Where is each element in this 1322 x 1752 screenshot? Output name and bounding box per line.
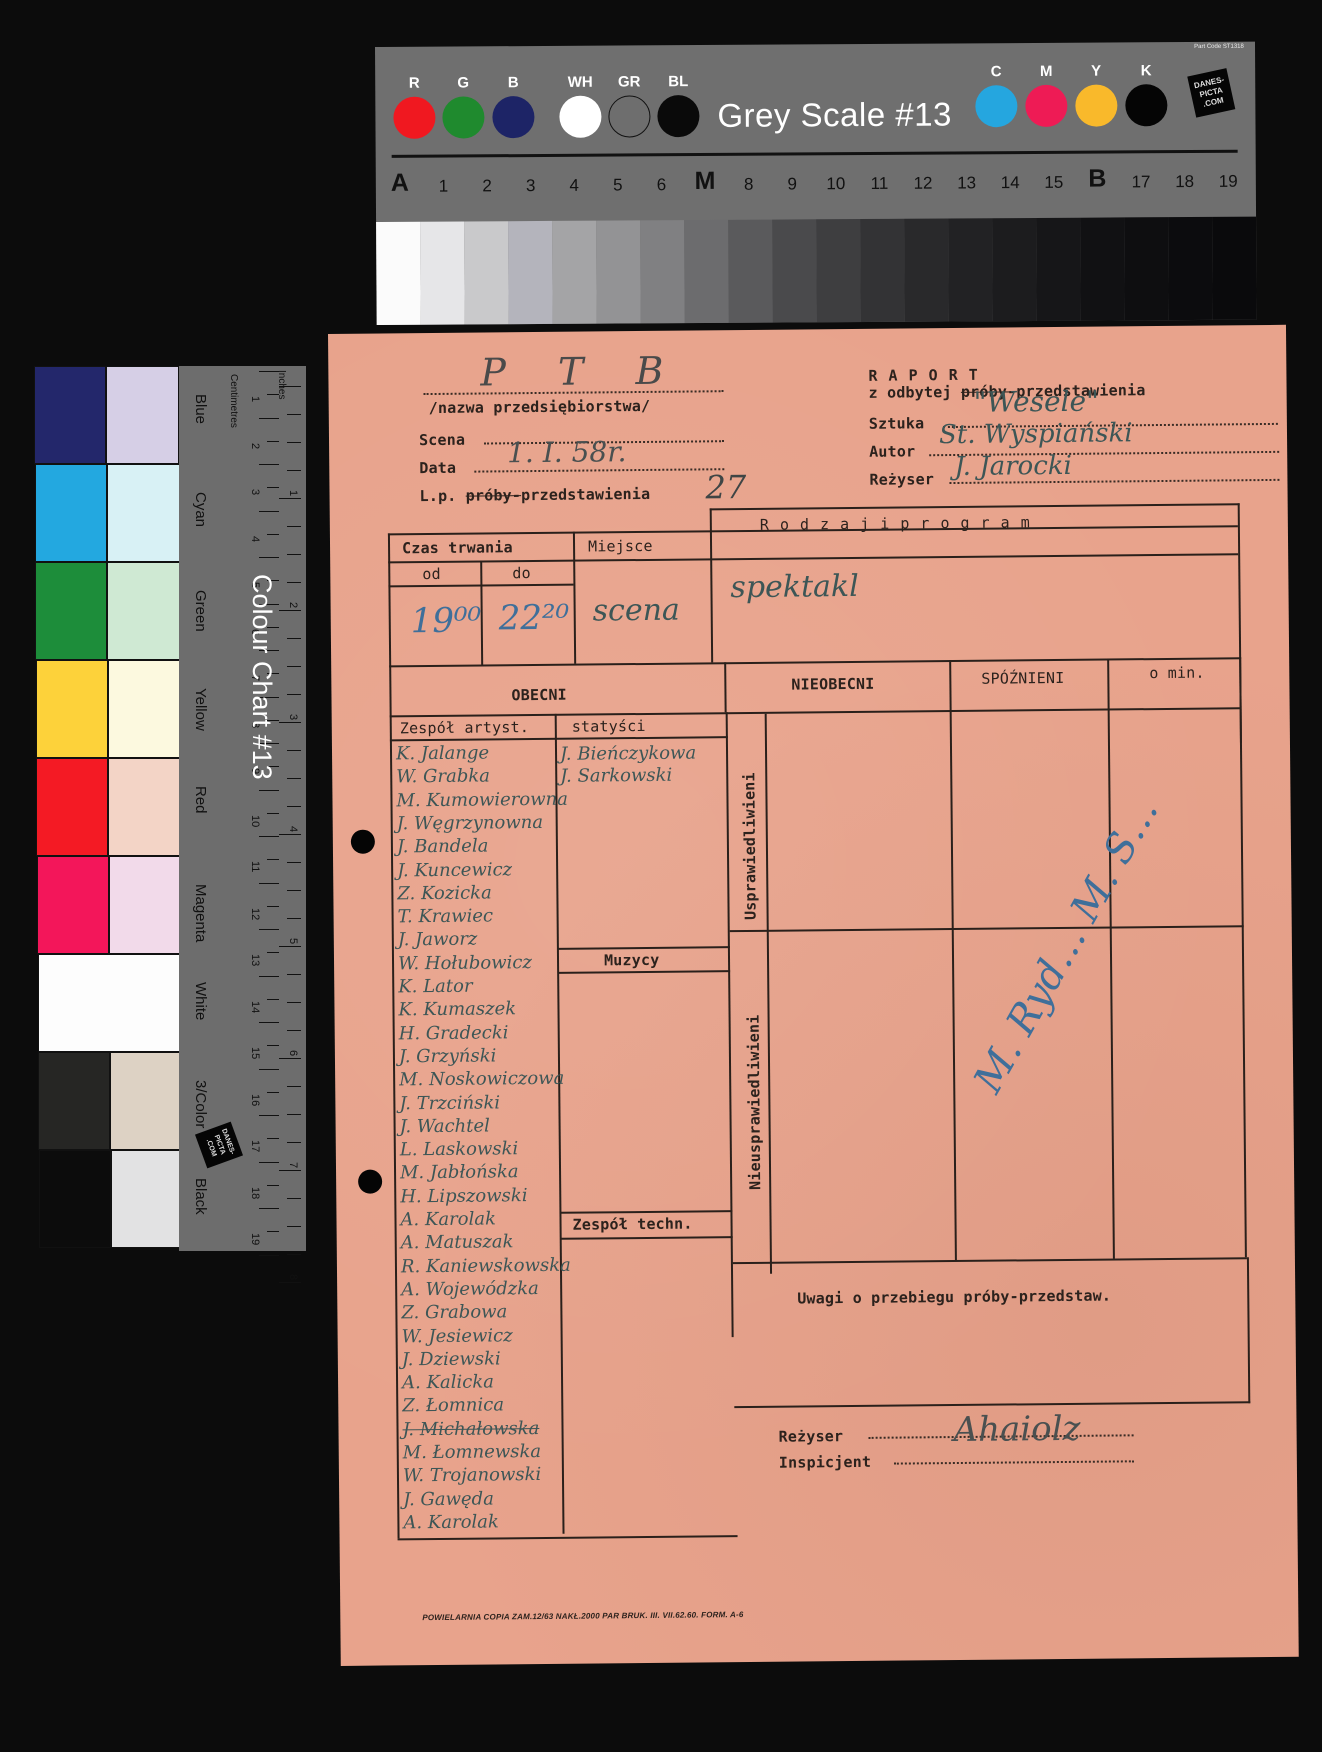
grey-scale-dots: RGBWHGRBLCMYK <box>375 42 1255 47</box>
spoznieni-handwritten: M. Ryd… M. S… <box>965 790 1168 1100</box>
artist-name: A. Karolak <box>403 1511 499 1531</box>
rodzaj-program-label: R o d z a j i p r o g r a m <box>760 513 1031 534</box>
table-border <box>398 1535 738 1540</box>
swatch-black-dark <box>39 1150 111 1248</box>
ruler-tick <box>287 1114 301 1115</box>
scale-label: 6 <box>641 175 681 195</box>
scale-label: 12 <box>903 174 943 194</box>
artist-name: M. Jabłońska <box>400 1162 519 1182</box>
obecni-label: OBECNI <box>511 686 567 705</box>
swatch-3-color-dark <box>38 1052 110 1150</box>
nieobecni-label: NIEOBECNI <box>791 675 874 694</box>
ruler-tick <box>287 526 301 527</box>
ruler-tick <box>267 952 279 953</box>
grey-scale-title: Grey Scale #13 <box>717 95 952 134</box>
dotted-line <box>894 1460 1134 1464</box>
artist-name: K. Jalange <box>396 742 489 762</box>
ruler-tick <box>287 750 301 751</box>
table-border <box>734 1401 1250 1408</box>
dot-label: M <box>1026 63 1066 80</box>
scale-label: 4 <box>554 176 594 196</box>
cm-tick-label: 10 <box>249 815 261 827</box>
artist-name: W. Jesiewicz <box>402 1325 513 1345</box>
divider <box>392 150 1238 158</box>
sztuka-label: Sztuka <box>869 414 925 433</box>
ruler-cm-label: Centimetres <box>228 374 239 428</box>
grey-patch <box>948 218 993 321</box>
ruler-tick <box>259 418 279 419</box>
color-dot-y <box>1075 84 1117 126</box>
artist-name: A. Kalicka <box>402 1372 494 1392</box>
scale-label: 8 <box>729 175 769 195</box>
grey-patch <box>508 221 553 324</box>
dot-label: WH <box>560 74 600 91</box>
ruler-tick <box>267 999 279 1000</box>
ruler-tick <box>287 862 301 863</box>
table-border <box>710 503 1240 510</box>
lp-label-struck: próby- <box>466 486 522 505</box>
ruler-tick <box>259 836 279 837</box>
colour-label: Red <box>192 786 209 814</box>
grey-patch <box>1036 218 1081 321</box>
swatch-3-color-light <box>110 1052 183 1150</box>
punch-hole <box>351 830 375 854</box>
ruler-tick <box>267 859 279 860</box>
color-dot-gr <box>608 95 650 137</box>
inch-tick-label: 8 <box>287 1274 299 1280</box>
ruler-tick <box>259 883 279 884</box>
cm-tick-label: 14 <box>249 1001 261 1013</box>
swatch-green-light <box>107 562 180 660</box>
inspicjent-label: Inspicjent <box>779 1453 871 1472</box>
table-border <box>558 970 730 974</box>
grey-patch <box>596 220 641 323</box>
ruler-tick <box>259 464 279 465</box>
grey-patch <box>1124 217 1169 320</box>
artists-list: K. JalangeW. GrabkaM. KumowierownaJ. Węg… <box>396 742 576 744</box>
grey-patch <box>684 220 729 323</box>
zespol-techn-label: Zespół techn. <box>572 1215 692 1234</box>
colour-chart: Inches Centimetres 123456789101112131415… <box>34 366 306 1251</box>
scale-label: 17 <box>1121 172 1161 192</box>
ruler-tick <box>267 487 279 488</box>
swatch-red-dark <box>36 758 108 856</box>
statysci-label: statyści <box>572 717 646 736</box>
ruler-tick <box>287 1142 301 1143</box>
colour-label: Cyan <box>192 492 209 527</box>
swatch-blue-dark <box>34 366 106 464</box>
ruler-tick <box>279 610 301 611</box>
inch-tick-label: 3 <box>287 714 299 720</box>
ruler-tick <box>279 386 301 387</box>
grey-patch <box>1080 217 1125 320</box>
inch-tick-label: 2 <box>287 602 299 608</box>
scale-label: 19 <box>1208 172 1248 192</box>
company-label: /nazwa przedsiębiorstwa/ <box>429 397 651 417</box>
company-name-handwritten: P T B <box>480 349 683 395</box>
ruler-tick <box>259 371 279 372</box>
colour-label: Blue <box>192 394 209 424</box>
artist-name: J. Wachtel <box>400 1115 490 1135</box>
ruler-tick <box>287 666 301 667</box>
ruler-tick <box>279 498 301 499</box>
director-signature: Ahaiolz <box>953 1409 1080 1450</box>
artist-name: H. Lipszowski <box>400 1185 527 1205</box>
scale-label: 9 <box>772 174 812 194</box>
table-border <box>1247 1257 1250 1403</box>
ruler-tick <box>287 1002 301 1003</box>
extras-list: J. BieńczykowaJ. Sarkowski <box>560 742 740 744</box>
ruler-tick <box>279 834 301 835</box>
table-border <box>388 553 1238 563</box>
ruler-tick <box>267 1045 279 1046</box>
swatch-red-light <box>108 758 181 856</box>
ruler-tick <box>267 394 279 395</box>
scale-label: 2 <box>467 176 507 196</box>
ruler-tick <box>259 1115 279 1116</box>
ruler-tick <box>287 1086 301 1087</box>
uwagi-label: Uwagi o przebiegu próby-przedstaw. <box>797 1287 1111 1308</box>
table-border <box>390 736 728 741</box>
swatch-cyan-light <box>107 464 180 562</box>
dot-label: R <box>394 75 434 92</box>
table-border <box>726 712 734 1337</box>
colour-label: White <box>192 982 209 1020</box>
artist-name: Z. Kozicka <box>397 882 492 902</box>
table-border <box>390 707 1240 717</box>
swatch-yellow-dark <box>36 660 108 758</box>
cm-tick-label: 13 <box>249 954 261 966</box>
ruler-tick <box>279 722 301 723</box>
table-border <box>560 1210 732 1214</box>
grey-patch <box>904 219 949 322</box>
ruler-tick <box>279 1058 301 1059</box>
table-border <box>733 1257 1247 1264</box>
ruler-tick <box>287 414 301 415</box>
ruler-tick <box>287 1198 301 1199</box>
ruler-tick <box>287 694 301 695</box>
ruler-tick <box>287 974 301 975</box>
lp-label: L.p. próby-przedstawienia <box>419 485 650 505</box>
zespol-artyst-label: Zespół artyst. <box>400 718 529 737</box>
artist-name: J. Dziewski <box>402 1348 501 1368</box>
artist-name: Z. Grabowa <box>401 1302 507 1322</box>
ruler-tick <box>287 554 301 555</box>
ruler-tick <box>267 906 279 907</box>
table-border <box>561 1236 733 1240</box>
rezyser-label: Reżyser <box>869 470 934 489</box>
scale-label: A <box>380 169 420 198</box>
part-code: Part Code ST1318 <box>1191 44 1247 51</box>
ruler-tick <box>267 813 279 814</box>
inch-tick-label: 4 <box>287 826 299 832</box>
color-dot-k <box>1125 84 1167 126</box>
czas-trwania-label: Czas trwania <box>402 538 513 557</box>
dot-label: BL <box>658 73 698 90</box>
autor-value: St. Wyspiański <box>939 418 1133 450</box>
scale-label: 18 <box>1165 172 1205 192</box>
artist-name: T. Krawiec <box>397 906 493 926</box>
ruler-tick <box>287 470 301 471</box>
cm-tick-label: 1 <box>249 396 261 402</box>
artist-name: J. Grzyński <box>399 1045 497 1065</box>
ruler-tick <box>287 442 301 443</box>
dot-label: B <box>493 74 533 91</box>
ruler-tick <box>287 890 301 891</box>
artist-name: W. Hołubowicz <box>398 952 532 972</box>
rehearsal-report-form: P T B /nazwa przedsiębiorstwa/ Scena Dat… <box>328 325 1299 1666</box>
scale-label: 15 <box>1034 173 1074 193</box>
ruler-tick <box>259 976 279 977</box>
grey-scale-card: RGBWHGRBLCMYK Grey Scale #13 Part Code S… <box>375 42 1257 325</box>
cm-tick-label: 2 <box>249 443 261 449</box>
cm-tick-label: 11 <box>249 861 261 872</box>
scale-label: 13 <box>947 173 987 193</box>
colour-label: 3/Color <box>192 1080 209 1128</box>
ruler-tick <box>267 1185 279 1186</box>
artist-name: W. Trojanowski <box>403 1464 541 1484</box>
table-border <box>573 532 576 664</box>
color-dot-g <box>442 96 484 138</box>
cm-tick-label: 19 <box>249 1233 261 1245</box>
color-dot-m <box>1025 85 1067 127</box>
usprawiedliwieni-label: Usprawiedliwieni <box>740 772 759 920</box>
scale-label: 10 <box>816 174 856 194</box>
ruler-tick <box>287 806 301 807</box>
color-dot-wh <box>559 96 601 138</box>
artist-name: J. Jaworz <box>398 929 478 949</box>
ruler-tick <box>259 1208 279 1209</box>
swatch-green-dark <box>35 562 107 660</box>
artist-name: K. Lator <box>398 976 472 996</box>
dot-label: K <box>1126 62 1166 79</box>
color-dot-c <box>975 85 1017 127</box>
swatch-blue-light <box>106 366 179 464</box>
inch-tick-label: 1 <box>287 490 299 496</box>
do-label: do <box>512 564 531 582</box>
artist-name: M. Kumowierowna <box>396 788 568 809</box>
muzycy-label: Muzycy <box>604 951 660 970</box>
artist-name: J. Gawęda <box>403 1488 494 1508</box>
data-label: Data <box>419 459 456 477</box>
scale-label: 5 <box>598 175 638 195</box>
cm-tick-label: 12 <box>249 908 261 920</box>
table-border <box>1239 657 1247 1257</box>
ruler-tick <box>279 1170 301 1171</box>
table-border <box>949 660 957 1260</box>
ruler-tick <box>287 638 301 639</box>
cm-tick-label: 3 <box>249 489 261 495</box>
artist-name: K. Kumaszek <box>398 999 516 1019</box>
artist-name: A. Wojewódzka <box>401 1278 539 1298</box>
date-value: 1. I. 58r. <box>507 435 627 469</box>
ruler-tick <box>287 1254 301 1255</box>
footer-imprint: POWIELARNIA COPIA ZAM.12/63 NAKŁ.2000 PA… <box>422 1610 743 1622</box>
scale-label: B <box>1077 164 1117 193</box>
autor-label: Autor <box>869 442 915 460</box>
scale-label: 11 <box>859 174 899 194</box>
table-border <box>730 925 1244 932</box>
ruler-tick <box>259 1162 279 1163</box>
color-dot-bl <box>657 95 699 137</box>
ruler-tick <box>279 1282 301 1283</box>
artist-name: A. Karolak <box>400 1208 496 1228</box>
swatch-white <box>38 954 183 1052</box>
swatch-magenta-light <box>109 856 182 954</box>
rezyser-value: J. Jarocki <box>954 451 1072 482</box>
extra-name: J. Sarkowski <box>560 765 672 785</box>
grey-patch <box>420 221 465 324</box>
artist-name: J. Węgrzynowna <box>397 812 544 832</box>
swatch-black-light <box>111 1150 184 1248</box>
colour-label: Black <box>192 1178 209 1215</box>
inch-tick-label: 6 <box>287 1050 299 1056</box>
grey-patch <box>728 220 773 323</box>
table-border <box>389 657 1241 667</box>
artist-name: H. Gradecki <box>399 1022 509 1042</box>
ruler-tick <box>287 1030 301 1031</box>
danes-picta-logo-icon: DANES-PICTA .COM <box>1187 68 1235 118</box>
lp-value: 27 <box>705 468 746 506</box>
sztuka-value: "Wesele" <box>974 385 1100 419</box>
artist-name: A. Matuszak <box>401 1232 514 1252</box>
dot-label: C <box>976 63 1016 80</box>
cm-tick-label: 16 <box>249 1094 261 1106</box>
grey-patch <box>816 219 861 322</box>
artist-name: J. Bandela <box>397 836 489 856</box>
artist-name: J. Kuncewicz <box>397 859 512 879</box>
color-dot-r <box>393 97 435 139</box>
artist-name: L. Laskowski <box>400 1138 519 1158</box>
do-value: 22²⁰ <box>499 598 570 639</box>
cm-tick-label: 4 <box>249 536 261 542</box>
ruler-tick <box>267 1138 279 1139</box>
inch-tick-label: 7 <box>287 1162 299 1168</box>
color-dot-b <box>492 96 534 138</box>
ruler-tick <box>259 790 279 791</box>
dot-label: GR <box>609 73 649 90</box>
ruler: Inches Centimetres 123456789101112131415… <box>179 366 306 1251</box>
table-border <box>558 946 730 950</box>
artist-name: Z. Łomnica <box>402 1395 504 1415</box>
rodzaj-value: spektakl <box>730 569 859 605</box>
miejsce-value: scena <box>593 593 681 629</box>
od-label: od <box>422 565 441 583</box>
scale-label: 1 <box>423 176 463 196</box>
dotted-line <box>424 390 724 395</box>
table-border <box>765 714 772 1274</box>
artist-name: M. Noskowiczowa <box>399 1068 564 1089</box>
colour-chart-title: Colour Chart #13 <box>246 574 277 780</box>
scale-label: 14 <box>990 173 1030 193</box>
grey-patch <box>552 221 597 324</box>
ruler-tick <box>259 929 279 930</box>
grey-scale-strip <box>376 217 1257 325</box>
artist-name: R. Kaniewskowska <box>401 1254 571 1275</box>
ruler-tick <box>259 557 279 558</box>
cm-tick-label: 18 <box>249 1187 261 1199</box>
inch-tick-label: 5 <box>287 938 299 944</box>
ruler-tick <box>287 778 301 779</box>
danes-picta-logo-icon: DANES-PICTA .COM <box>195 1122 243 1169</box>
colour-label: Magenta <box>192 884 209 942</box>
swatch-cyan-dark <box>35 464 107 562</box>
grey-patch <box>464 221 509 324</box>
ruler-tick <box>259 511 279 512</box>
grey-patch <box>1212 217 1257 320</box>
report-subtitle-prefix: z odbytej <box>869 383 961 402</box>
lp-label-prefix: L.p. <box>419 487 465 505</box>
ruler-tick <box>287 918 301 919</box>
dot-label: Y <box>1076 62 1116 79</box>
extra-name: J. Bieńczykowa <box>560 742 696 762</box>
scale-label: 3 <box>511 176 551 196</box>
ruler-tick <box>259 1255 279 1256</box>
grey-patch <box>992 218 1037 321</box>
swatch-magenta-dark <box>37 856 109 954</box>
ruler-tick <box>279 946 301 947</box>
grey-scale-labels: A123456M89101112131415B171819 <box>375 42 1255 47</box>
artist-name: M. Łomnewska <box>403 1441 542 1461</box>
lp-label-suffix: przedstawienia <box>521 485 650 504</box>
spoznieni-label: SPÓŹNIENI <box>981 669 1064 688</box>
artist-name: J. Trzciński <box>399 1092 500 1112</box>
ruler-tick <box>267 441 279 442</box>
grey-patch <box>1168 217 1213 320</box>
colour-label: Yellow <box>192 688 209 731</box>
dot-label: G <box>443 74 483 91</box>
table-border <box>555 714 565 1534</box>
ruler-tick <box>267 534 279 535</box>
nieusprawiedliwieni-label: Nieusprawiedliwieni <box>745 1014 765 1190</box>
grey-patch <box>640 220 685 323</box>
scena-label: Scena <box>419 431 465 449</box>
ruler-tick <box>287 582 301 583</box>
table-border <box>724 662 726 712</box>
ruler-tick <box>259 1022 279 1023</box>
table-border <box>1107 659 1115 1259</box>
ruler-tick <box>267 1231 279 1232</box>
colour-label: Green <box>192 590 209 632</box>
artist-name: J. Michałowska <box>402 1418 539 1438</box>
cm-tick-label: 15 <box>249 1047 261 1059</box>
ruler-tick <box>287 1226 301 1227</box>
director-sign-label: Reżyser <box>779 1427 844 1446</box>
grey-patch <box>860 219 905 322</box>
ruler-tick <box>259 1069 279 1070</box>
ruler-tick <box>267 1092 279 1093</box>
miejsce-label: Miejsce <box>588 537 653 556</box>
scale-label: M <box>685 167 725 196</box>
artist-name: W. Grabka <box>396 766 490 786</box>
grey-patch <box>376 222 421 325</box>
cm-tick-label: 17 <box>249 1140 261 1152</box>
od-value: 19⁰⁰ <box>411 601 482 642</box>
punch-hole <box>358 1170 382 1194</box>
grey-patch <box>772 219 817 322</box>
o-min-label: o min. <box>1149 664 1205 683</box>
swatch-yellow-light <box>108 660 181 758</box>
